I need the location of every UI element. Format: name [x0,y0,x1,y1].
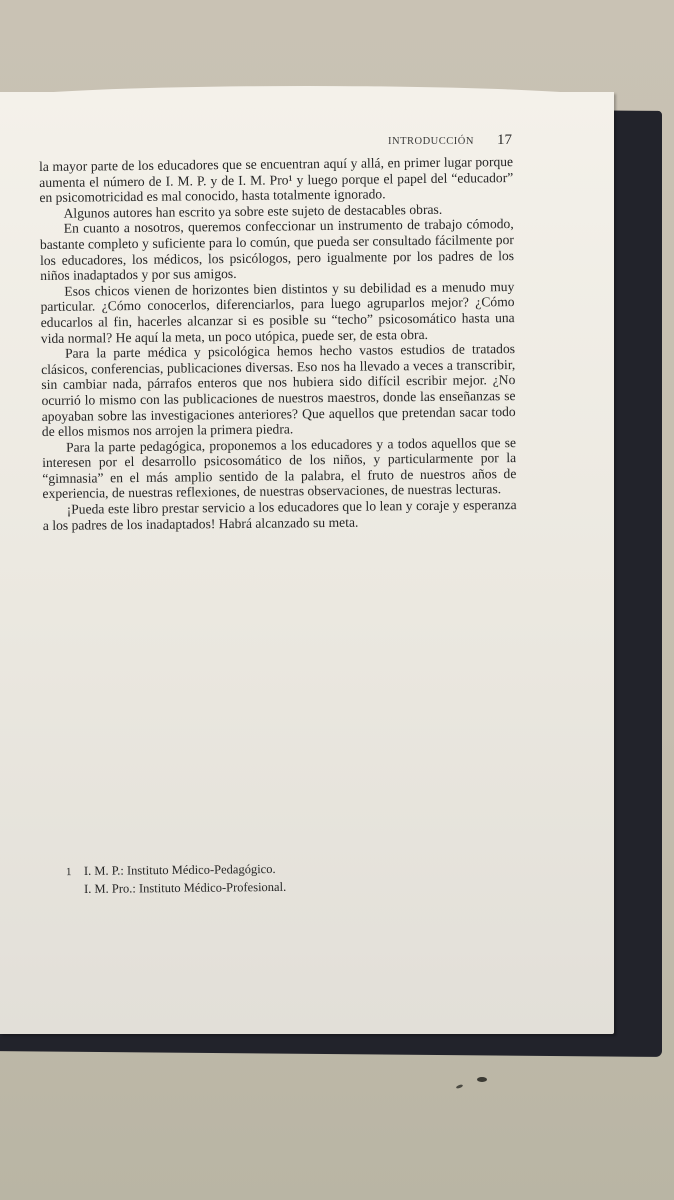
paragraph: Esos chicos vienen de horizontes bien di… [40,279,515,346]
table-smudge [456,1084,464,1089]
paragraph: Para la parte médica y psicológica hemos… [41,341,516,440]
footnotes: 1I. M. P.: Instituto Médico-Pedagógico. … [66,861,286,898]
paragraph: En cuanto a nosotros, queremos confeccio… [40,216,515,283]
footnote-line: I. M. P.: Instituto Médico-Pedagógico. [84,862,276,878]
paragraph: la mayor parte de los educadores que se … [39,154,513,206]
footnote-line: I. M. Pro.: Instituto Médico-Profesional… [66,879,286,898]
footnote-mark: 1 [66,864,84,881]
page-number: 17 [497,132,512,149]
body-text: la mayor parte de los educadores que se … [39,154,517,533]
running-head: INTRODUCCIÓN [388,136,474,147]
paragraph: Para la parte pedagógica, proponemos a l… [42,435,517,502]
table-smudge [477,1077,487,1082]
book-page: INTRODUCCIÓN 17 la mayor parte de los ed… [0,92,614,1034]
paragraph: ¡Pueda este libro prestar servicio a los… [43,497,517,533]
